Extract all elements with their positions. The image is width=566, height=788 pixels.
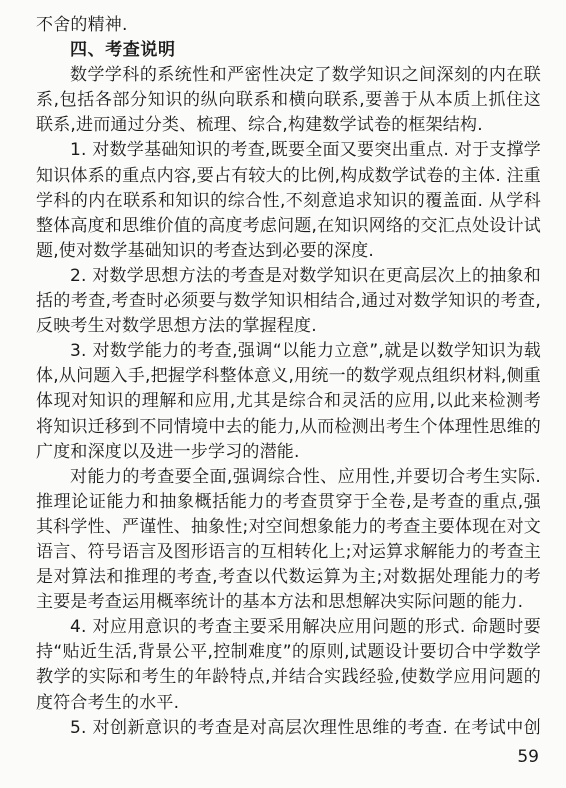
- text-line: 学科的内在联系和知识的综合性,不刻意追求知识的覆盖面. 从学科的: [36, 189, 541, 214]
- text-line: 教学的实际和考生的年龄特点,并结合实践经验,使数学应用问题的难: [36, 665, 541, 690]
- text-line: 体现对知识的理解和应用,尤其是综合和灵活的应用,以此来检测考生: [36, 389, 541, 414]
- text-line: 括的考查,考查时必须要与数学知识相结合,通过对数学知识的考查,: [36, 289, 541, 314]
- document-page: 不舍的精神.四、考查说明数学学科的系统性和严密性决定了数学知识之间深刻的内在联系…: [0, 0, 566, 788]
- text-line: 推理论证能力和抽象概括能力的考查贯穿于全卷,是考查的重点,强调: [36, 490, 541, 515]
- text-line: 是对算法和推理的考查,考查以代数运算为主;对数据处理能力的考查: [36, 565, 541, 590]
- text-line: 题,使对数学基础知识的考查达到必要的深度.: [36, 239, 541, 264]
- text-line: 体,从问题入手,把握学科整体意义,用统一的数学观点组织材料,侧重: [36, 364, 541, 389]
- text-line: 整体高度和思维价值的高度考虑问题,在知识网络的交汇点处设计试: [36, 214, 541, 239]
- text-line: 3. 对数学能力的考查,强调“以能力立意”,就是以数学知识为载: [36, 339, 541, 364]
- text-line: 广度和深度以及进一步学习的潜能.: [36, 440, 541, 465]
- text-line: 主要是考查运用概率统计的基本方法和思想解决实际问题的能力.: [36, 590, 541, 615]
- text-line: 2. 对数学思想方法的考查是对数学知识在更高层次上的抽象和概: [36, 264, 541, 289]
- text-line: 度符合考生的水平.: [36, 691, 541, 716]
- text-line: 将知识迁移到不同情境中去的能力,从而检测出考生个体理性思维的: [36, 415, 541, 440]
- text-line: 语言、符号语言及图形语言的互相转化上;对运算求解能力的考查主要: [36, 540, 541, 565]
- text-line: 5. 对创新意识的考查是对高层次理性思维的考查. 在考试中创设: [36, 716, 541, 741]
- text-line: 4. 对应用意识的考查主要采用解决应用问题的形式. 命题时要坚: [36, 615, 541, 640]
- text-line: 1. 对数学基础知识的考查,既要全面又要突出重点. 对于支撑学科: [36, 138, 541, 163]
- text-line: 其科学性、严谨性、抽象性;对空间想象能力的考查主要体现在对文字: [36, 515, 541, 540]
- text-line: 知识体系的重点内容,要占有较大的比例,构成数学试卷的主体. 注重: [36, 164, 541, 189]
- section-heading: 四、考查说明: [36, 38, 541, 63]
- text-line: 系,包括各部分知识的纵向联系和横向联系,要善于从本质上抓住这些: [36, 88, 541, 113]
- page-footer: 59: [36, 745, 541, 770]
- text-line: 对能力的考查要全面,强调综合性、应用性,并要切合考生实际. 对: [36, 465, 541, 490]
- document-body: 不舍的精神.四、考查说明数学学科的系统性和严密性决定了数学知识之间深刻的内在联系…: [36, 13, 541, 741]
- text-line: 不舍的精神.: [36, 13, 541, 38]
- text-line: 反映考生对数学思想方法的掌握程度.: [36, 314, 541, 339]
- text-line: 联系,进而通过分类、梳理、综合,构建数学试卷的框架结构.: [36, 113, 541, 138]
- page-number: 59: [517, 747, 541, 767]
- text-line: 数学学科的系统性和严密性决定了数学知识之间深刻的内在联: [36, 63, 541, 88]
- text-line: 持“贴近生活,背景公平,控制难度”的原则,试题设计要切合中学数学: [36, 640, 541, 665]
